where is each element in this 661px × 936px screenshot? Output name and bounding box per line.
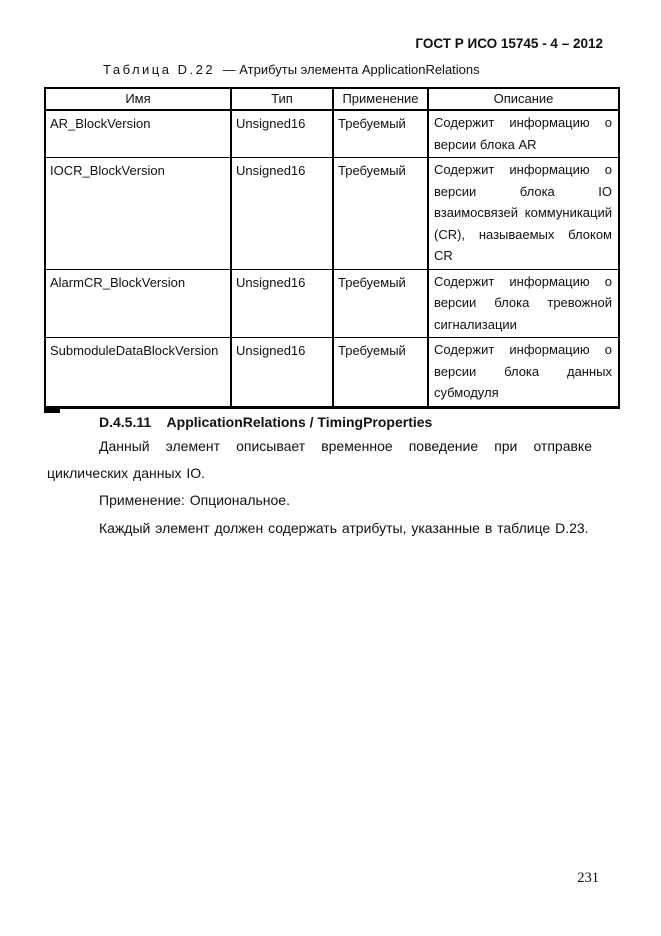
table-caption: Таблица D.22 — Атрибуты элемента Applica… (103, 62, 480, 77)
cell-description: Содержит информацию о версии блока IO вз… (428, 158, 619, 270)
cell-type: Unsigned16 (231, 269, 333, 338)
cell-name: SubmoduleDataBlockVersion (45, 338, 231, 408)
table-row: AR_BlockVersion Unsigned16 Требуемый Сод… (45, 110, 619, 158)
table-row: IOCR_BlockVersion Unsigned16 Требуемый С… (45, 158, 619, 270)
section-number: D.4.5.11 (99, 414, 151, 430)
cell-description: Содержит информацию о версии блока AR (428, 110, 619, 158)
table-caption-text: — Атрибуты элемента ApplicationRelations (223, 62, 480, 77)
attributes-table: Имя Тип Применение Описание AR_BlockVers… (44, 87, 620, 409)
table-caption-label: Таблица D.22 (103, 62, 215, 77)
cell-type: Unsigned16 (231, 338, 333, 408)
cell-type: Unsigned16 (231, 110, 333, 158)
cell-name: AlarmCR_BlockVersion (45, 269, 231, 338)
cell-usage: Требуемый (333, 269, 428, 338)
table-end-rule-mark (44, 408, 60, 413)
table-row: AlarmCR_BlockVersion Unsigned16 Требуемы… (45, 269, 619, 338)
cell-description: Содержит информацию о версии блока трево… (428, 269, 619, 338)
section-title: ApplicationRelations / TimingProperties (167, 414, 433, 430)
paragraph: Каждый элемент должен содержать атрибуты… (47, 515, 592, 542)
section-body: Данный элемент описывает временное повед… (47, 433, 592, 542)
column-header-type: Тип (231, 88, 333, 110)
cell-name: IOCR_BlockVersion (45, 158, 231, 270)
column-header-name: Имя (45, 88, 231, 110)
running-header: ГОСТ Р ИСО 15745 - 4 – 2012 (415, 36, 603, 51)
section-heading: D.4.5.11 ApplicationRelations / TimingPr… (99, 414, 432, 430)
column-header-description: Описание (428, 88, 619, 110)
cell-type: Unsigned16 (231, 158, 333, 270)
cell-usage: Требуемый (333, 110, 428, 158)
cell-name: AR_BlockVersion (45, 110, 231, 158)
column-header-usage: Применение (333, 88, 428, 110)
page-number: 231 (577, 870, 599, 887)
document-page: ГОСТ Р ИСО 15745 - 4 – 2012 Таблица D.22… (0, 0, 661, 936)
paragraph: Данный элемент описывает временное повед… (47, 433, 592, 487)
cell-usage: Требуемый (333, 338, 428, 408)
paragraph: Применение: Опциональное. (47, 487, 592, 514)
cell-usage: Требуемый (333, 158, 428, 270)
table-header-row: Имя Тип Применение Описание (45, 88, 619, 110)
table-row: SubmoduleDataBlockVersion Unsigned16 Тре… (45, 338, 619, 408)
attributes-table-wrapper: Имя Тип Применение Описание AR_BlockVers… (44, 87, 618, 409)
cell-description: Содержит информацию о версии блока данны… (428, 338, 619, 408)
